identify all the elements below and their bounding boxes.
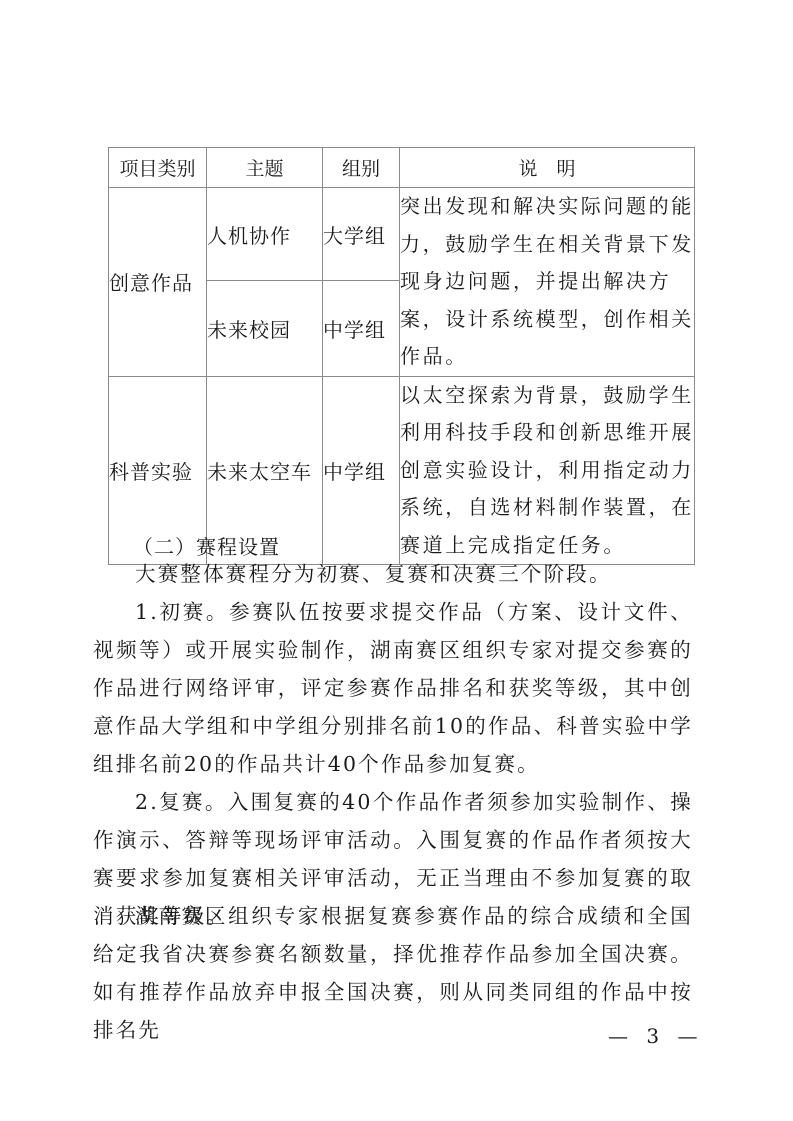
table-header-row: 项目类别 主题 组别 说 明 [109,148,695,188]
page-number: — 3 — [608,1024,703,1048]
competition-table: 项目类别 主题 组别 说 明 创意作品 人机协作 大学组 突出发现和解决实际问题… [108,147,695,565]
header-group: 组别 [323,148,400,188]
header-category: 项目类别 [109,148,207,188]
group-cell: 大学组 [323,188,400,281]
description-cell: 突出发现和解决实际问题的能力，鼓励学生在相关背景下发现身边问题，并提出解决方案，… [400,188,695,377]
theme-cell: 未来校园 [207,281,323,377]
header-description: 说 明 [400,148,695,188]
table-row: 创意作品 人机协作 大学组 突出发现和解决实际问题的能力，鼓励学生在相关背景下发… [109,188,695,281]
document-page: 项目类别 主题 组别 说 明 创意作品 人机协作 大学组 突出发现和解决实际问题… [0,0,793,1121]
paragraph-preliminary: 1.初赛。参赛队伍按要求提交作品（方案、设计文件、视频等）或开展实验制作，湖南赛… [93,593,693,783]
paragraph-final-recommendation: 湖南赛区组织专家根据复赛参赛作品的综合成绩和全国给定我省决赛参赛名额数量，择优推… [93,897,693,1049]
paragraph-overview: 大赛整体赛程分为初赛、复赛和决赛三个阶段。 [93,555,693,593]
description-cell: 以太空探索为背景，鼓励学生利用科技手段和创新思维开展创意实验设计，利用指定动力系… [400,376,695,565]
group-cell: 中学组 [323,281,400,377]
category-cell: 创意作品 [109,188,207,377]
group-cell: 中学组 [323,376,400,565]
theme-cell: 人机协作 [207,188,323,281]
header-theme: 主题 [207,148,323,188]
